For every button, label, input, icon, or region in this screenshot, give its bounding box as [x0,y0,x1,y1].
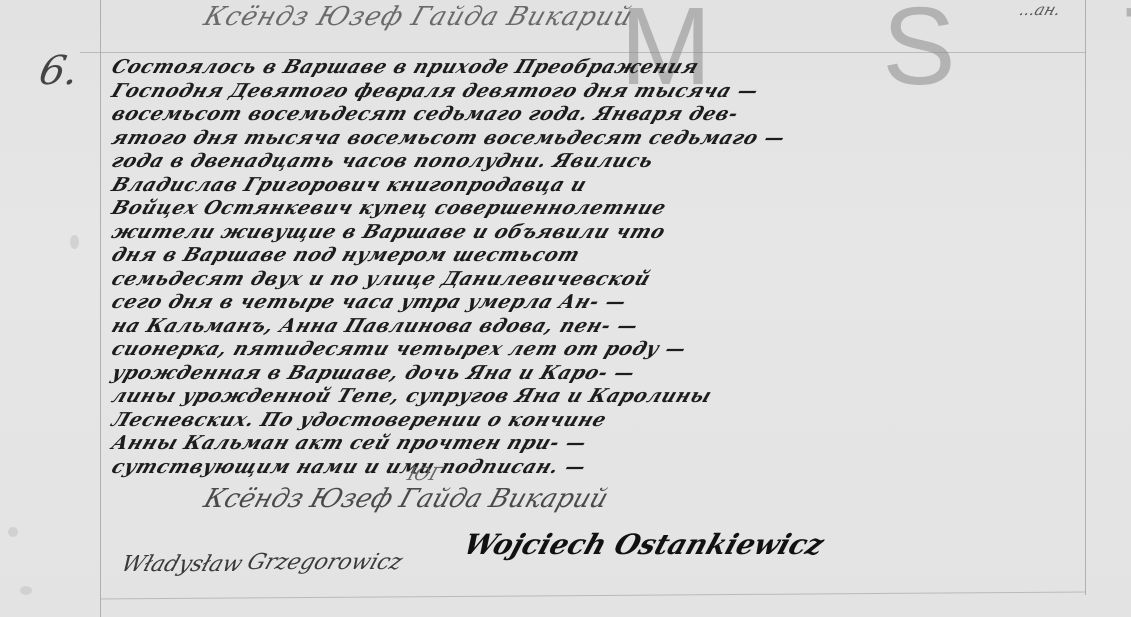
clergy-signature: Ксёндз Юзеф Гайда Викарий [200,484,612,514]
witness-signature-first-name: Władysław [118,552,246,577]
body-line: восемьсот восемьдесят седьмаго года. Янв… [100,103,1094,127]
body-line: семьдесят двух и по улице Данилевичевско… [100,268,1094,292]
clergy-initials-flourish: ЮГ [405,464,445,485]
body-line: года в двенадцать часов пополудни. Явили… [100,150,1094,174]
body-line: Состоялось в Варшаве в приходе Преображе… [100,56,1094,80]
entry-number: 6. [35,48,83,94]
body-line: урожденная в Варшаве, дочь Яна и Каро- — [100,362,1094,386]
header-clergy-note: Ксёндз Юзеф Гайда Викарий [200,2,637,32]
body-line: лины урожденной Тепе, супругов Яна и Кар… [100,385,1094,409]
body-line: Владислав Григорович книгопродавца и [100,174,1094,198]
body-line: Анны Кальман акт сей прочтен при- — [100,432,1094,456]
body-line: Лесневских. По удостоверении о кончине [100,409,1094,433]
body-line: сионерка, пятидесяти четырех лет от роду… [100,338,1094,362]
record-body: Состоялось в Варшаве в приходе Преображе… [100,56,1085,479]
paper-speck [70,235,79,249]
header-note-right: ...ан. [1017,0,1064,19]
header-divider-rule [80,52,1085,53]
body-line: сего дня в четыре часа утра умерла Ан- — [100,291,1094,315]
body-line: на Кальманъ, Анна Павлинова вдова, пен- … [100,315,1094,339]
signature-block: ЮГ Ксёндз Юзеф Гайда Викарий Władysław G… [0,470,1131,600]
body-line: дня в Варшаве под нумером шестьсот [100,244,1094,268]
witness-signature-2: Wojciech Ostankiewicz [460,528,828,561]
scanned-document-page: M S T. Ксёндз Юзеф Гайда Викарий ...ан. … [0,0,1131,617]
body-line: Войцех Остянкевич купец совершеннолетние [100,197,1094,221]
witness-signature-last-name: Grzegorowicz [244,550,406,575]
body-line: Господня Девятого февраля девятого дня т… [100,80,1094,104]
body-line: ятого дня тысяча восемьсот восемьдесят с… [100,127,1094,151]
body-line: жители живущие в Варшаве и объявили что [100,221,1094,245]
